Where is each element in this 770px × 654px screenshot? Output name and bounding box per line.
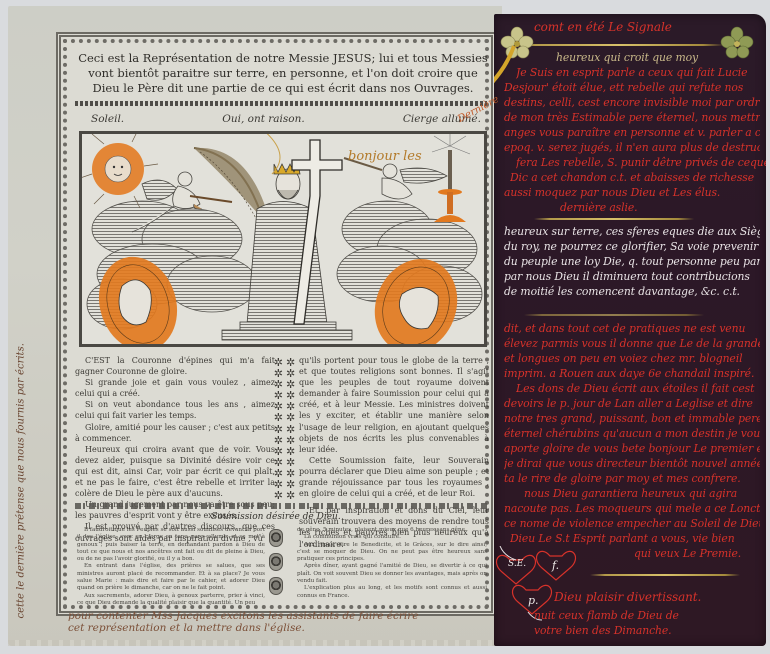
manuscript-line: nacoute pas. Les moqueurs qui mele a ce … [504,501,760,516]
manuscript-line: et longues on peu en voiez chez mr. blog… [504,351,760,366]
paragraph: Heureux qui croira avant que de voir. Vo… [75,444,275,499]
manuscript-line: epoq. v. serez jugés, il n'en aura plus … [504,140,760,155]
manuscript-line: Dieu plaisir divertissant. [554,590,766,605]
manuscript-line-white: du peuple une loy Die, q. tout personne … [504,254,760,269]
star-ornament-column: ✲✲✲✲✲✲✲✲✲✲✲✲✲✲✲✲✲✲✲✲✲✲✲✲✲✲ [269,357,303,501]
paragraph: Gloire, amitié pour les causer ; c'est a… [75,422,275,444]
handwritten-bottom-note: pour contenter Mss Jacques excitons les … [68,610,488,634]
manuscript-line: Dic a cet chandon c.t. et abaisses de ri… [510,170,766,185]
paragraph: Si on veut abondance tous les ans , aime… [75,399,275,421]
coat-of-arms-icon [269,577,283,595]
gold-rule [524,314,704,316]
title-line: Ceci est la Représentation de notre Mess… [77,51,489,66]
paragraph: qu'ils portent pour tous le globe de la … [299,355,489,455]
woodcut-illustration: bonjour les [79,131,487,347]
paragraph: Après dîner, ayant gagné l'amitié de Die… [297,563,487,585]
manuscript-line: élevez parmis vous il donne que Le de la… [504,336,760,351]
manuscript-line: fera Les rebelle, S. punir dêtre privés … [516,155,766,170]
manuscript-line: dit, et dans tout cet de pratiques ne es… [504,321,760,336]
manuscript-line: Desjour' étoit élue, ett rebelle qui ref… [504,80,760,95]
manuscript-line-white: heureux sur terre, ces sferes eques die … [504,224,760,239]
manuscript-line: je dirai que vous directeur bientôt nouv… [504,456,760,471]
caption-row: Soleil. Oui, ont raison. Cierge allumé. [91,113,481,125]
heart-label-f: f. [552,559,559,572]
paragraph: Aux repas, dire le Benedicite, et le Grâ… [297,542,487,564]
ornament-rule [75,101,487,106]
handwritten-line: cet représentation et la mettre dans l'é… [68,622,488,634]
paragraph: Si grande joie et gain vous voulez , aim… [75,377,275,399]
printed-broadside: cette le dernière prétense que nous four… [8,6,502,646]
manuscript-line: ce nome de violence empecher au Soleil d… [504,516,760,531]
paragraph: La communion vrais qui conduire. [297,534,487,541]
coat-of-arms-icon [269,553,283,571]
manuscript-line: imprim. a Rouen aux daye 6e chandail ins… [504,366,760,381]
handwritten-side-note: cette le dernière prétense que nous four… [16,369,27,619]
paragraph: En entrant dans l'église, des prières se… [77,563,265,592]
manuscript-line: ta le rire de gloire par moy et mes conf… [504,471,760,486]
manuscript-line: aussi moquez par nous Dieu et Les élus. [504,185,760,200]
gold-rule [590,574,740,576]
manuscript-line: qui veux Le Premie. [634,546,766,561]
paragraph: Cette Soumission faite, leur Souverain p… [299,455,489,499]
subheading-soumission: Soumission désirée de Dieu. [61,512,491,522]
broadside-document: cette le dernière prétense que nous four… [8,6,766,650]
ornamental-frame: Ceci est la Représentation de notre Mess… [56,32,496,616]
heart-label-se: S.E. [508,559,526,569]
heart-label-p: p. [528,594,539,607]
handwritten-line: pour contenter Mss Jacques excitons les … [68,610,488,622]
coat-of-arms-icon [269,529,283,547]
manuscript-line: Je Suis en esprit parle a ceux qui fait … [516,65,766,80]
paragraph: L'explication plus au long, et les motif… [297,585,487,600]
manuscript-line: devoirs le p. jour de Lan aller a Leglis… [504,396,760,411]
manuscript-line: de mon très Estimable pere éternel, nous… [504,110,760,125]
manuscript-line: Les dons de Dieu écrit aux étoiles il fa… [516,381,766,396]
woodcut-scene-icon: bonjour les [82,134,484,344]
manuscript-line: votre bien des Dimanche. [534,623,766,638]
paragraph: Il faudroit que les Peuples se soit auss… [77,527,265,563]
manuscript-line: destins, celli, cest encore invisible mo… [504,95,760,110]
chain-rule-divider [75,503,487,509]
annotation-bonjour: bonjour les [348,149,422,164]
paragraph: de gêne, 5 minutes, plaisent mieux que 6… [297,527,487,534]
caption-oui: Oui, ont raison. [222,113,305,125]
angel-trumpet-icon [344,158,447,199]
manuscript-line: aporte gloire de vous bete bonjour Le pr… [504,441,760,456]
manuscript-line: nous Dieu garantiera heureux qui agira [524,486,766,501]
small-text-left: Il faudroit que les Peuples se soit auss… [77,527,265,607]
manuscript-line: notre tres grand, puissant, bon et immab… [504,411,760,426]
manuscript-line: Dieu Le S.t Esprit parlant a vous, vie b… [510,531,766,546]
gold-rule [514,44,724,46]
caption-soleil: Soleil. [91,113,124,125]
small-text-right: de gêne, 5 minutes, plaisent mieux que 6… [297,527,487,600]
manuscript-line: éternel chérubins qu'aucun a mon destin … [504,426,760,441]
title-line: Dieu le Père dit une partie de ce qui es… [77,81,489,96]
seal-column [269,529,287,601]
manuscript-line: heureux qui croit que moy [556,50,766,65]
manuscript-line-white: du roy, ne pourrez ce glorifier, Sa voie… [504,239,760,254]
title-text: Ceci est la Représentation de notre Mess… [77,51,489,96]
manuscript-line: dernière aslie. [560,200,766,215]
paragraph: Aux sacrements, adorer Dieu, à genoux pa… [77,593,265,608]
manuscript-line-white: de moitié les comencent davantage, &c. c… [504,284,760,299]
gold-rule [534,218,694,220]
manuscript-panel: comt en été Le Signale heureux qui croit… [494,14,766,646]
paragraph: C'EST la Couronne d'épines qui m'a fait … [75,355,275,377]
title-line: vont bientôt paraitre sur terre, en pers… [77,66,489,81]
manuscript-line-white: par nous Dieu il diminuera tout contribu… [504,269,760,284]
manuscript-line: nuit ceux flamb de Dieu de [534,608,766,623]
manuscript-line: anges vous paraître en personne et v. pa… [504,125,760,140]
